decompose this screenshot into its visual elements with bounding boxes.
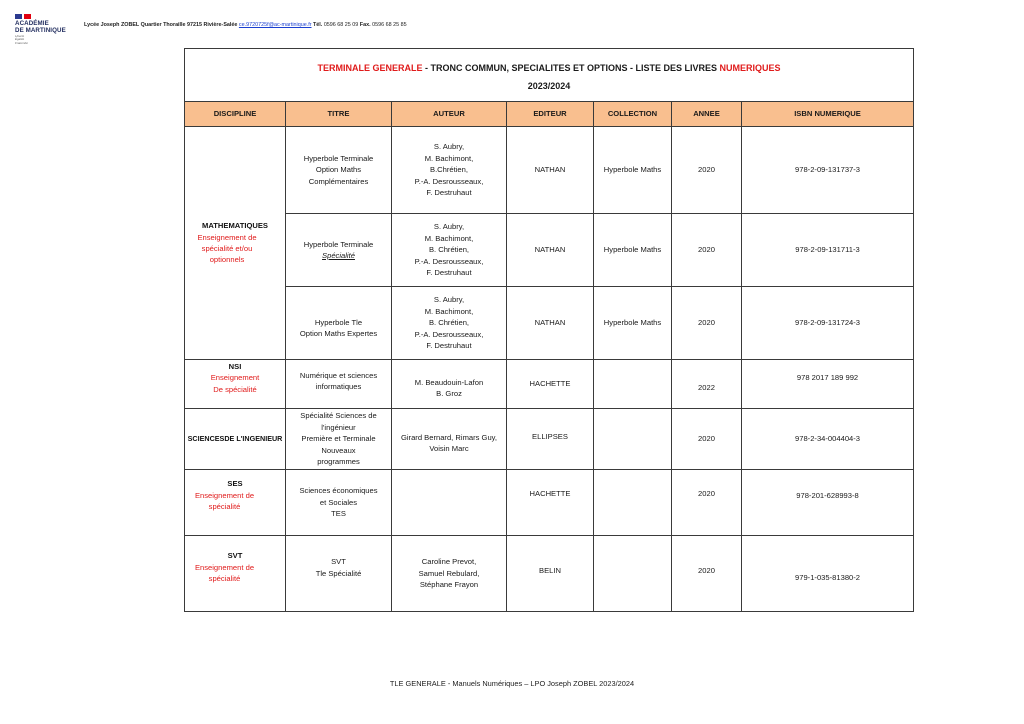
letterhead: Lycée Joseph ZOBEL Quartier Thoraille 97… (84, 22, 407, 28)
annee-cell: 2020 (672, 287, 742, 360)
isbn-cell: 978-2-09-131711-3 (742, 214, 914, 287)
annee-cell: 2020 (672, 214, 742, 287)
annee-cell: 2022 (672, 360, 742, 409)
isbn-cell: 978-2-34-004404-3 (742, 409, 914, 470)
school-year: 2023/2024 (187, 79, 911, 93)
editeur-cell: ELLIPSES (507, 409, 594, 470)
isbn-cell: 978 2017 189 992 (742, 360, 914, 409)
auteur-cell: Girard Bernard, Rimars Guy,Voisin Marc (392, 409, 507, 470)
auteur-cell: Caroline Prevot,Samuel Rebulard,Stéphane… (392, 536, 507, 612)
isbn-cell: 978-2-09-131724-3 (742, 287, 914, 360)
annee-cell: 2020 (672, 536, 742, 612)
collection-cell (594, 360, 672, 409)
annee-cell: 2020 (672, 127, 742, 214)
logo-motto: LibertéÉgalitéFraternité (15, 35, 75, 45)
editeur-cell: NATHAN (507, 287, 594, 360)
editeur-cell: HACHETTE (507, 360, 594, 409)
table-row: NSI Enseignement De spécialité Numérique… (185, 360, 914, 409)
titre-cell: Hyperbole Terminale Spécialité (286, 214, 392, 287)
titre-cell: Sciences économiqueset SocialesTES (286, 470, 392, 536)
fax-number: 0596 68 25 85 (372, 22, 406, 28)
document-title-block: TERMINALE GENERALE - TRONC COMMUN, SPECI… (185, 49, 914, 102)
editeur-cell: NATHAN (507, 214, 594, 287)
fax-label: Fax. (360, 22, 371, 28)
discipline-svt: SVT Enseignement de spécialité (185, 536, 286, 612)
school-email-link[interactable]: ce.9720725f@ac-martinique.fr (239, 22, 312, 28)
table-row: SCIENCESDE L'INGENIEUR Spécialité Scienc… (185, 409, 914, 470)
annee-cell: 2020 (672, 470, 742, 536)
table-row: SES Enseignement de spécialité Sciences … (185, 470, 914, 536)
document-title: TERMINALE GENERALE - TRONC COMMUN, SPECI… (187, 61, 911, 75)
academie-logo: ACADÉMIE DE MARTINIQUE LibertéÉgalitéFra… (15, 14, 75, 48)
col-header-collection: COLLECTION (594, 102, 672, 127)
titre-cell: Hyperbole TleOption Maths Expertes (286, 287, 392, 360)
editeur-cell: BELIN (507, 536, 594, 612)
auteur-cell: M. Beaudouin-LafonB. Groz (392, 360, 507, 409)
table-row: MATHEMATIQUES Enseignement de spécialité… (185, 127, 914, 214)
titre-cell: Spécialité Sciences del'ingénieurPremièr… (286, 409, 392, 470)
titre-cell: Numérique et sciencesinformatiques (286, 360, 392, 409)
table-row: Hyperbole Terminale Spécialité S. Aubry,… (185, 214, 914, 287)
collection-cell (594, 409, 672, 470)
auteur-cell: S. Aubry,M. Bachimont,B. Chrétien,P.-A. … (392, 214, 507, 287)
auteur-cell (392, 470, 507, 536)
collection-cell (594, 470, 672, 536)
discipline-ses: SES Enseignement de spécialité (185, 470, 286, 536)
editeur-cell: NATHAN (507, 127, 594, 214)
isbn-cell: 978-2-09-131737-3 (742, 127, 914, 214)
isbn-cell: 979-1-035-81380-2 (742, 536, 914, 612)
isbn-cell: 978-201-628993-8 (742, 470, 914, 536)
collection-cell: Hyperbole Maths (594, 214, 672, 287)
table-row: SVT Enseignement de spécialité SVTTle Sp… (185, 536, 914, 612)
auteur-cell: S. Aubry,M. Bachimont,B.Chrétien,P.-A. D… (392, 127, 507, 214)
titre-cell: Hyperbole TerminaleOption MathsComplémen… (286, 127, 392, 214)
book-list-table: TERMINALE GENERALE - TRONC COMMUN, SPECI… (184, 48, 914, 612)
school-address: Lycée Joseph ZOBEL Quartier Thoraille 97… (84, 22, 237, 28)
col-header-auteur: AUTEUR (392, 102, 507, 127)
collection-cell: Hyperbole Maths (594, 287, 672, 360)
marianne-flag-icon (15, 14, 75, 19)
discipline-sciences-ingenieur: SCIENCESDE L'INGENIEUR (185, 409, 286, 470)
titre-emphasis: Spécialité (288, 250, 389, 261)
collection-cell: Hyperbole Maths (594, 127, 672, 214)
table-row: Hyperbole TleOption Maths Expertes S. Au… (185, 287, 914, 360)
tel-number: 0596 68 25 09 (324, 22, 358, 28)
col-header-titre: TITRE (286, 102, 392, 127)
discipline-nsi: NSI Enseignement De spécialité (185, 360, 286, 409)
page-footer: TLE GENERALE - Manuels Numériques – LPO … (0, 679, 1024, 688)
col-header-discipline: DISCIPLINE (185, 102, 286, 127)
col-header-isbn: ISBN NUMERIQUE (742, 102, 914, 127)
column-header-row: DISCIPLINE TITRE AUTEUR EDITEUR COLLECTI… (185, 102, 914, 127)
editeur-cell: HACHETTE (507, 470, 594, 536)
discipline-mathematiques: MATHEMATIQUES Enseignement de spécialité… (185, 127, 286, 360)
annee-cell: 2020 (672, 409, 742, 470)
titre-cell: SVTTle Spécialité (286, 536, 392, 612)
logo-line-2: DE MARTINIQUE (15, 28, 75, 35)
auteur-cell: S. Aubry,M. Bachimont,B. Chrétien,P.-A. … (392, 287, 507, 360)
collection-cell (594, 536, 672, 612)
tel-label: Tél. (313, 22, 322, 28)
col-header-editeur: EDITEUR (507, 102, 594, 127)
col-header-annee: ANNEE (672, 102, 742, 127)
